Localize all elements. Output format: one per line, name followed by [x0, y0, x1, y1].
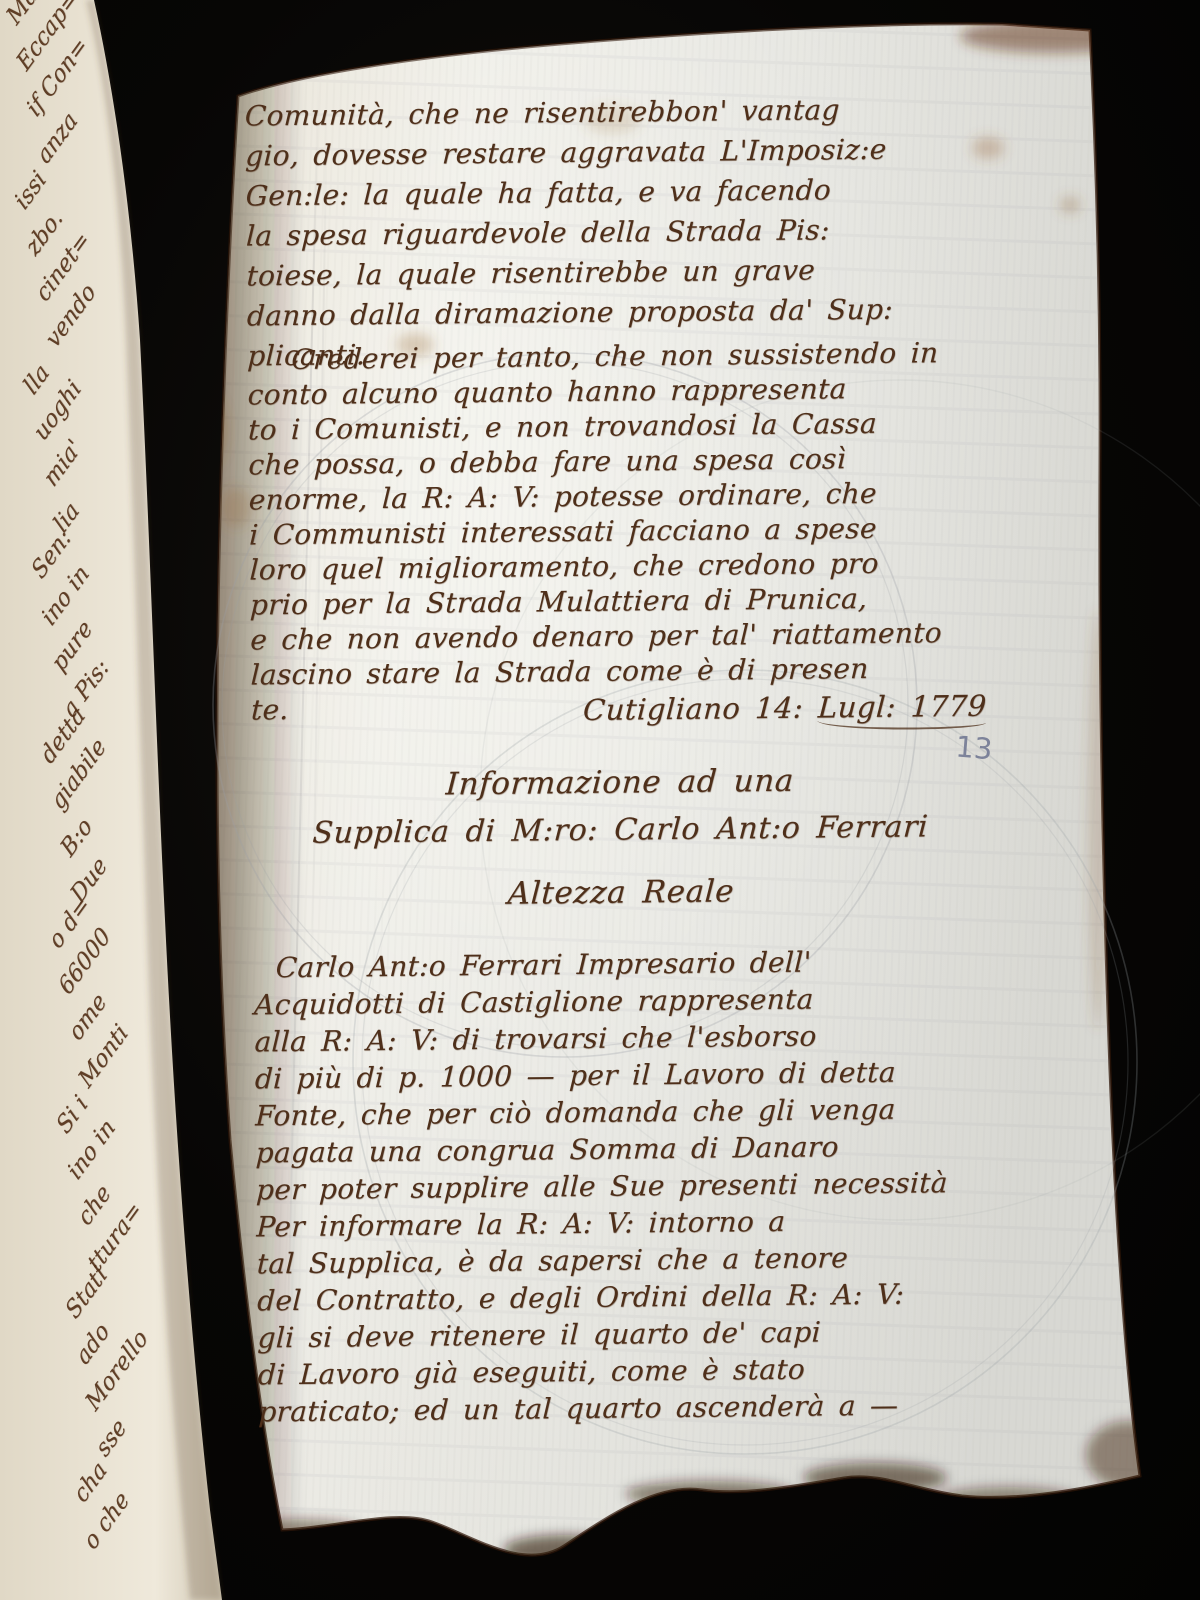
date-month-year: Lugl: 1779	[817, 689, 988, 731]
date-place-day: Cutigliano 14:	[582, 691, 804, 727]
page-fragment: sse	[91, 1414, 132, 1462]
handwritten-line: praticato; ed un tal quarto ascenderà a …	[258, 1385, 1090, 1431]
manuscript-photo: Mar=Eccap=if Con=anzaissizbo.cinet=vendo…	[0, 0, 1200, 1600]
paragraph-3: Carlo Ant:o Ferrari Impresario dell'Acqu…	[254, 941, 1089, 1431]
heading-line-2: Supplica di M:ro: Carlo Ant:o Ferrari	[269, 809, 971, 851]
paragraph-1: Comunità, che ne risentirebbon' vantaggi…	[245, 88, 1078, 377]
page-fragment: lla	[19, 359, 55, 400]
manuscript-text-layer: Comunità, che ne risentirebbon' vantaggi…	[192, 15, 1158, 1570]
date-line: Cutigliano 14: Lugl: 1779	[582, 689, 988, 727]
heading-line-1: Informazione ad una	[269, 761, 971, 804]
salutation: Altezza Reale	[270, 871, 972, 914]
paragraph-2: Crederei per tanto, che non sussistendo …	[247, 334, 1081, 728]
